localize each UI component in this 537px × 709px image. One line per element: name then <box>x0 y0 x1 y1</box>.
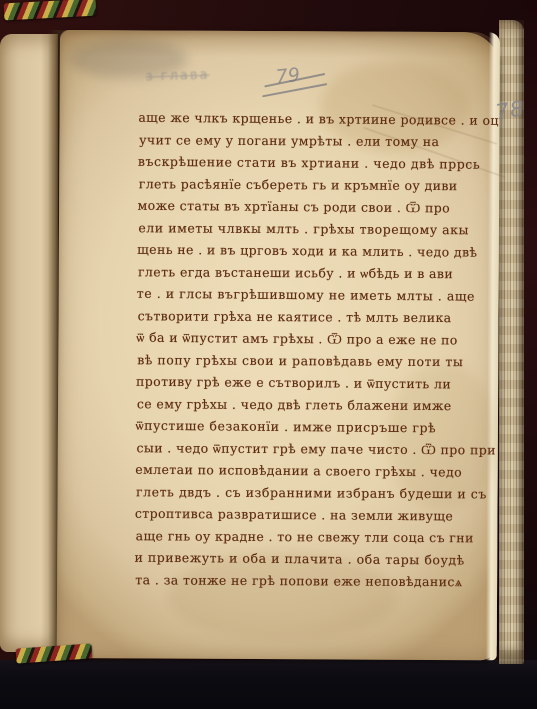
manuscript-line: и привежуть и оба и плачита . оба тары б… <box>134 547 537 573</box>
manuscript-line: аще же члкъ крщенье . и въ хртиине родив… <box>138 107 537 133</box>
manuscript-line: та . за тонже не грѣ попови еже неповѣда… <box>135 569 537 593</box>
manuscript-line: ѿпустише безаконїи . имже присръше грѣ <box>136 415 537 441</box>
manuscript-line: учит се ему у погани умрѣты . ели тому н… <box>139 129 537 153</box>
manuscript-line: аще гнь оу крадне . то не свежу тли соца… <box>136 525 537 549</box>
manuscript-line: глеть расѣянїе събереть гь и кръмнїе оу … <box>139 173 537 197</box>
manuscript-line: вѣ попу грѣхы свои и раповѣдавь ему поти… <box>137 349 537 373</box>
erased-pencil-note: з глава <box>146 68 210 85</box>
manuscript-line: щень не . и въ црговъ ходи и ка млить . … <box>137 239 537 265</box>
manuscript-line: се ему грѣхы . чедо двѣ глеть блажени им… <box>137 393 537 417</box>
manuscript-line: сыи . чедо ѿпустит грѣ ему паче чисто . … <box>136 437 537 461</box>
manuscript-photo: з глава 79 78 аще же члкъ крщенье . и въ… <box>0 0 537 709</box>
book-cover-bottom <box>0 660 537 709</box>
manuscript-line: сътворити грѣха не каятисе . тѣ млть вел… <box>138 305 537 329</box>
manuscript-line: глеть егда въстанеши исьбу . и ѡбѣдь и в… <box>138 261 537 285</box>
manuscript-line: противу грѣ еже е сътворилъ . и ѿпустить… <box>136 371 537 397</box>
crossed-out-pencil-number: 79 <box>275 64 301 88</box>
endband-top <box>4 0 97 20</box>
manuscript-text: аще же члкъ крщенье . и въ хртиине родив… <box>134 107 537 595</box>
manuscript-line: ѿ ба и ѿпустит амъ грѣхы . Ѿ про а еже н… <box>136 327 537 353</box>
manuscript-line: те . и глсы въгрѣшившому не иметь млты .… <box>137 283 537 309</box>
manuscript-page: з глава 79 78 аще же члкъ крщенье . и въ… <box>57 30 500 660</box>
manuscript-line: емлетаи по исповѣдании а своего грѣхы . … <box>135 459 537 485</box>
manuscript-line: глеть двдъ . съ избранними избранъ будеш… <box>136 481 537 505</box>
manuscript-line: въскрѣшение стати въ хртиани . чедо двѣ … <box>138 151 537 177</box>
manuscript-line: може статы въ хртїаны съ роди свои . Ѿ п… <box>137 195 537 221</box>
manuscript-line: ели иметы члвкы млть . грѣхы творещому а… <box>138 217 537 241</box>
manuscript-line: строптивса развратишисе . на земли живущ… <box>135 503 537 529</box>
